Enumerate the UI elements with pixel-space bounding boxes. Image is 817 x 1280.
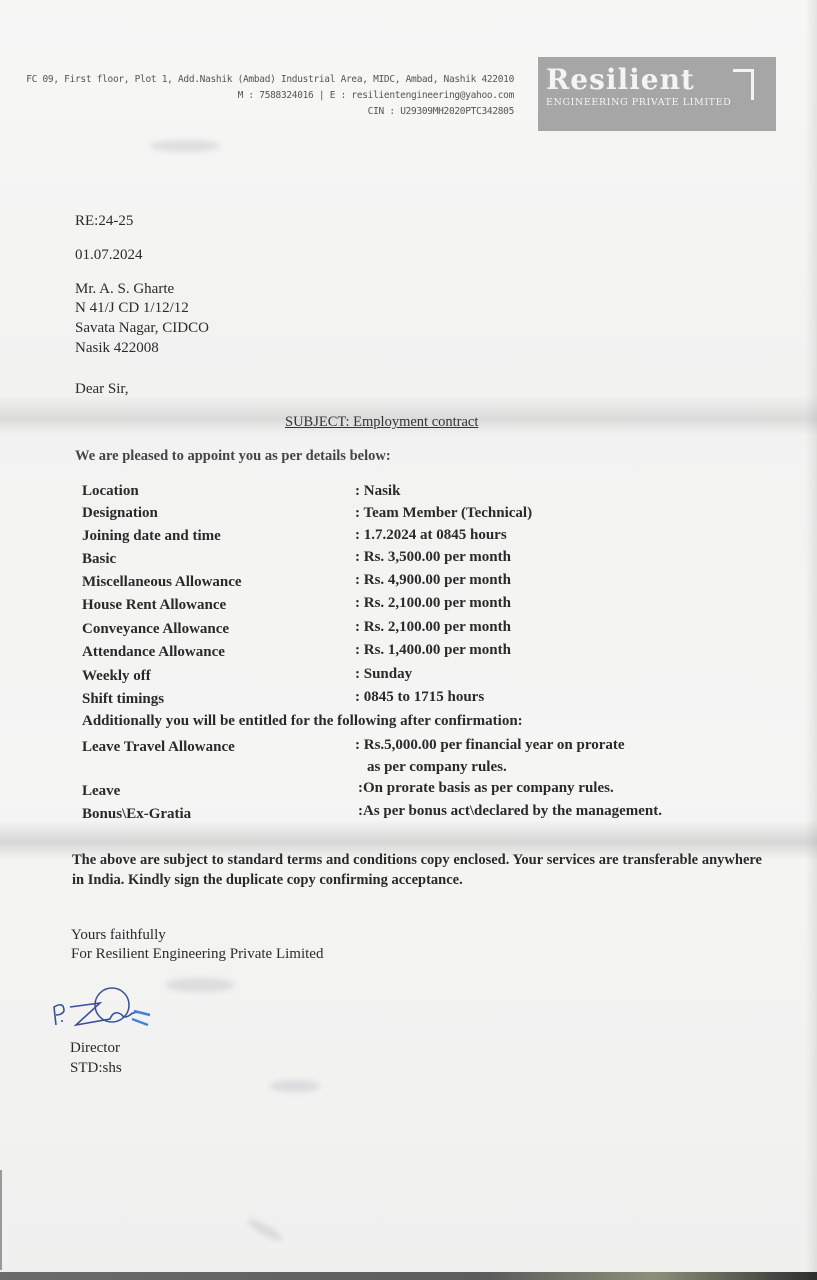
detail-value: : Team Member (Technical) xyxy=(355,505,532,522)
corner-bracket-icon xyxy=(733,69,754,100)
paper-edge xyxy=(0,1170,2,1270)
detail-label: Miscellaneous Allowance xyxy=(82,574,242,591)
detail-value: : Sunday xyxy=(355,666,412,683)
smudge xyxy=(150,140,220,152)
logo-name: Resilient xyxy=(546,63,695,96)
handwritten-signature xyxy=(50,985,160,1035)
company-signoff: For Resilient Engineering Private Limite… xyxy=(71,946,323,963)
detail-label: Conveyance Allowance xyxy=(82,621,229,638)
detail-value: : Rs. 2,100.00 per month xyxy=(355,595,511,612)
detail-value: : Rs. 2,100.00 per month xyxy=(355,619,511,636)
recipient-name: Mr. A. S. Gharte xyxy=(75,281,174,298)
additional-heading: Additionally you will be entitled for th… xyxy=(82,713,523,730)
detail-label: Designation xyxy=(82,505,158,522)
smudge xyxy=(270,1080,320,1092)
letter-date: 01.07.2024 xyxy=(75,247,143,264)
contact-line: M : 7588324016 | E : resilientengineerin… xyxy=(26,88,514,104)
recipient-address-line: N 41/J CD 1/12/12 xyxy=(75,300,189,317)
benefit-label: Leave xyxy=(82,783,120,800)
detail-label: Location xyxy=(82,483,139,500)
detail-label: Joining date and time xyxy=(82,528,221,545)
benefit-value: :As per bonus act\declared by the manage… xyxy=(358,803,662,820)
detail-label: Weekly off xyxy=(82,668,151,685)
reference-initials: STD:shs xyxy=(70,1060,122,1077)
smudge xyxy=(165,978,235,992)
paper-edge-shadow xyxy=(805,0,817,1280)
detail-value: : 1.7.2024 at 0845 hours xyxy=(355,527,507,544)
detail-label: House Rent Allowance xyxy=(82,597,226,614)
benefit-label: Bonus\Ex-Gratia xyxy=(82,806,191,823)
benefit-value: : Rs.5,000.00 per financial year on pror… xyxy=(355,737,625,754)
address-line: FC 09, First floor, Plot 1, Add.Nashik (… xyxy=(26,72,514,88)
detail-value: : Rs. 3,500.00 per month xyxy=(355,549,511,566)
signatory-title: Director xyxy=(70,1040,120,1057)
closing: Yours faithfully xyxy=(71,927,166,944)
benefit-label: Leave Travel Allowance xyxy=(82,739,235,756)
detail-label: Shift timings xyxy=(82,691,164,708)
smudge xyxy=(245,1216,285,1245)
company-address: FC 09, First floor, Plot 1, Add.Nashik (… xyxy=(26,72,514,120)
cin-line: CIN : U29309MH2020PTC342805 xyxy=(26,104,514,120)
logo-subtitle: ENGINEERING PRIVATE LIMITED xyxy=(546,97,731,108)
subject-line: SUBJECT: Employment contract xyxy=(285,414,478,431)
detail-label: Attendance Allowance xyxy=(82,644,225,661)
recipient-address-line: Nasik 422008 xyxy=(75,340,159,357)
detail-value: : Nasik xyxy=(355,483,400,500)
company-logo: Resilient ENGINEERING PRIVATE LIMITED xyxy=(538,57,776,131)
detail-value: : Rs. 1,400.00 per month xyxy=(355,642,511,659)
detail-value: : Rs. 4,900.00 per month xyxy=(355,572,511,589)
background-surface xyxy=(0,1272,817,1280)
terms-paragraph: The above are subject to standard terms … xyxy=(72,850,762,890)
letter-page: FC 09, First floor, Plot 1, Add.Nashik (… xyxy=(0,0,817,1280)
recipient-address-line: Savata Nagar, CIDCO xyxy=(75,320,209,337)
reference-number: RE:24-25 xyxy=(75,213,133,230)
benefit-value-continued: as per company rules. xyxy=(367,759,507,776)
intro-text: We are pleased to appoint you as per det… xyxy=(75,448,391,465)
detail-label: Basic xyxy=(82,551,116,568)
benefit-value: :On prorate basis as per company rules. xyxy=(358,780,614,797)
detail-value: : 0845 to 1715 hours xyxy=(355,689,484,706)
salutation: Dear Sir, xyxy=(75,381,129,398)
